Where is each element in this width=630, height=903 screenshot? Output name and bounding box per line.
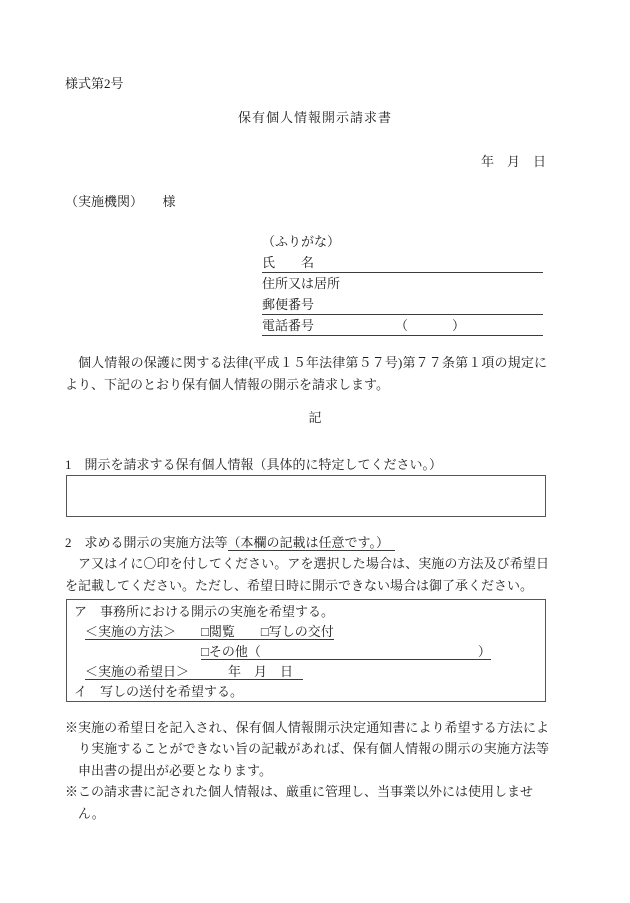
- checkbox-view-label: 閲覧: [209, 624, 235, 639]
- phone-close-paren: ）: [452, 318, 465, 333]
- postal-label: 郵便番号: [262, 297, 314, 312]
- checkbox-other-label: その他: [209, 644, 248, 659]
- desired-date-label: ＜実施の希望日＞: [85, 664, 189, 679]
- section2-heading-main: 2 求める開示の実施方法等: [65, 535, 228, 550]
- postal-field-row: 郵便番号: [262, 294, 543, 315]
- checkbox-other: □その他: [201, 644, 248, 659]
- phone-field-row: 電話番号（）: [262, 315, 543, 336]
- date-line: 年 月 日: [400, 151, 546, 172]
- desired-date-fields: 年 月 日: [228, 664, 293, 679]
- section1-heading: 1 開示を請求する保有個人情報（具体的に特定してください。）: [65, 454, 442, 475]
- method-line: ＜実施の方法＞□閲覧□写しの交付: [67, 622, 545, 642]
- checkbox-view: □閲覧: [201, 624, 235, 639]
- footnotes: ※実施の希望日を記入され、保有個人情報開示決定通知書により希望する方法により実施…: [65, 717, 549, 824]
- recipient-line: （実施機関） 様: [65, 191, 176, 212]
- other-method-blank: [261, 655, 478, 656]
- name-label: 氏 名: [262, 255, 314, 270]
- desired-date-line: ＜実施の希望日＞年 月 日: [67, 662, 545, 682]
- intro-paragraph: 個人情報の保護に関する法律(平成１５年法律第５７号)第７７条第１項の規定により、…: [65, 352, 547, 396]
- footnote-1: ※実施の希望日を記入され、保有個人情報開示決定通知書により希望する方法により実施…: [65, 717, 549, 781]
- method-label: ＜実施の方法＞: [85, 624, 176, 639]
- document-page: 様式第2号 保有個人情報開示請求書 年 月 日 （実施機関） 様 （ふりがな） …: [0, 0, 630, 903]
- checkbox-copy-label: 写しの交付: [269, 624, 334, 639]
- section2-heading-note: （本欄の記載は任意です。）: [228, 535, 395, 551]
- checkbox-copy: □写しの交付: [261, 624, 334, 639]
- page-title: 保有個人情報開示請求書: [0, 107, 630, 128]
- other-close-paren: ）: [478, 644, 491, 659]
- section2-heading: 2 求める開示の実施方法等（本欄の記載は任意です。）: [65, 532, 395, 553]
- disclosure-method-box: ア 事務所における開示の実施を希望する。 ＜実施の方法＞□閲覧□写しの交付 □そ…: [66, 599, 546, 702]
- checkbox-view-icon: □: [201, 624, 209, 639]
- name-field-row: 氏 名: [262, 252, 543, 273]
- phone-number-blank: [408, 329, 452, 330]
- checkbox-copy-icon: □: [261, 624, 269, 639]
- checkbox-other-icon: □: [201, 644, 209, 659]
- footnote-2: ※この請求書に記された個人情報は、厳重に管理し、当事業以外には使用しません。: [65, 781, 549, 824]
- phone-label: 電話番号: [262, 318, 314, 333]
- form-number: 様式第2号: [65, 73, 124, 94]
- applicant-block: （ふりがな） 氏 名 住所又は居所 郵便番号 電話番号（）: [262, 231, 543, 336]
- address-label: 住所又は居所: [262, 273, 543, 294]
- other-open-paren: （: [248, 644, 261, 659]
- ki-heading: 記: [0, 407, 630, 428]
- other-method-line: □その他（）: [67, 642, 545, 662]
- option-a-line: ア 事務所における開示の実施を希望する。: [67, 602, 545, 622]
- furigana-label: （ふりがな）: [262, 231, 543, 252]
- request-detail-box: [66, 475, 546, 517]
- section2-instructions: ア又はイに〇印を付してください。アを選択した場合は、実施の方法及び希望日を記載し…: [65, 553, 549, 596]
- option-b-line: イ 写しの送付を希望する。: [67, 682, 545, 702]
- phone-open-paren: （: [395, 318, 408, 333]
